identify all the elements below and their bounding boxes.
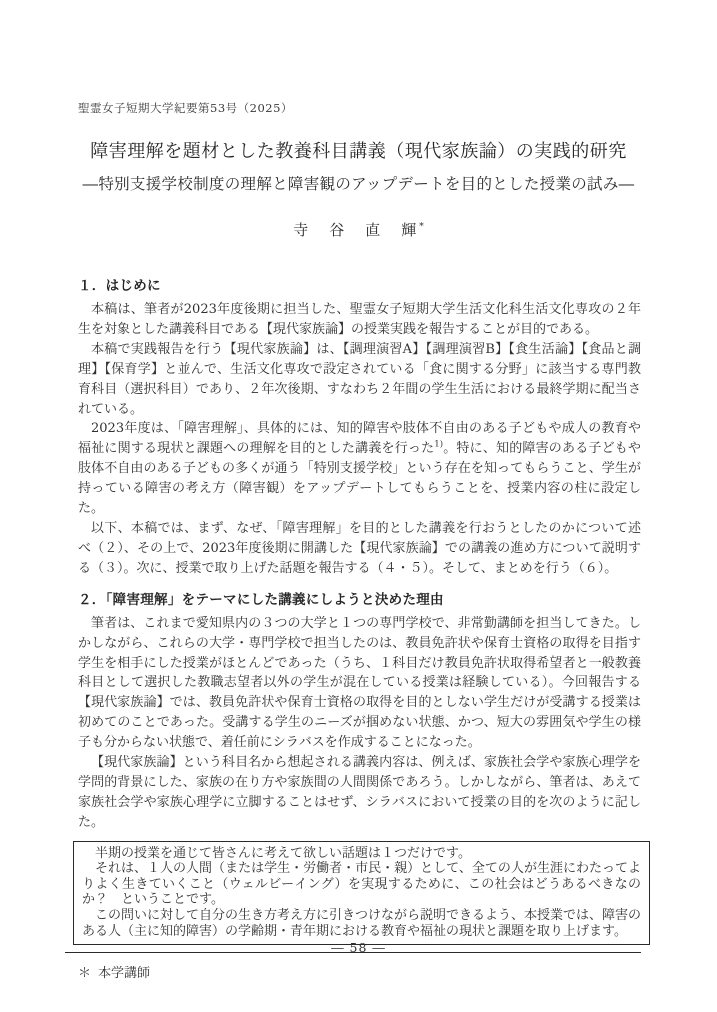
paragraph: 以下、本稿では、まず、なぜ、「障害理解」を目的とした講義を行おうとしたのかについ… [78,519,641,579]
quote-paragraph: この問いに対して自分の生き方考え方に引きつけながら説明できるよう、本授業では、障… [82,908,641,939]
page-number: ― 58 ― [0,940,717,955]
paragraph: 筆者は、これまで愛知県内の３つの大学と１つの専門学校で、非常勤講師を担当してきた… [78,614,641,753]
article-body: １．はじめに 本稿は、筆者が2023年度後期に担当した、聖霊女子短期大学生活文化… [78,277,641,984]
journal-issue-header: 聖霊女子短期大学紀要第53号（2025） [78,100,293,116]
footnote-text: 本学講師 [98,966,150,981]
endnote-reference-1: 1) [434,440,443,450]
paragraph: 本稿で実践報告を行う【現代家族論】は、【調理演習A】【調理演習B】【食生活論】【… [78,340,641,420]
footnote-mark: ＊ [78,966,91,981]
section-1-heading: １．はじめに [78,277,641,295]
quote-paragraph: 半期の授業を通じて皆さんに考えて欲しい話題は１つだけです。 [82,846,641,862]
paragraph: 本稿は、筆者が2023年度後期に担当した、聖霊女子短期大学生活文化科生活文化専攻… [78,300,641,340]
author-affiliation-mark: * [419,222,424,232]
syllabus-quote-box: 半期の授業を通じて皆さんに考えて欲しい話題は１つだけです。 それは、１人の人間（… [73,841,650,946]
paper-title: 障害理解を題材とした教養科目講義（現代家族論）の実践的研究 [0,137,717,163]
document-page: 聖霊女子短期大学紀要第53号（2025） 障害理解を題材とした教養科目講義（現代… [0,0,717,1012]
section-2-heading: ２．「障害理解」をテーマにした講義にしようと決めた理由 [78,591,641,609]
paper-subtitle: ―特別支援学校制度の理解と障害観のアップデートを目的とした授業の試み― [0,172,717,194]
paragraph: 2023年度は、「障害理解」、具体的には、知的障害や肢体不自由のある子どもや成人… [78,419,641,519]
quote-paragraph: それは、１人の人間（または学生・労働者・市民・親）として、全ての人が生涯にわたっ… [82,861,641,908]
paragraph: 【現代家族論】という科目名から想起される講義内容は、例えば、家族社会学や家族心理… [78,753,641,833]
author-name: 寺 谷 直 輝 [293,221,419,239]
footnote: ＊本学講師 [78,964,641,984]
author-line: 寺 谷 直 輝* [0,219,717,240]
